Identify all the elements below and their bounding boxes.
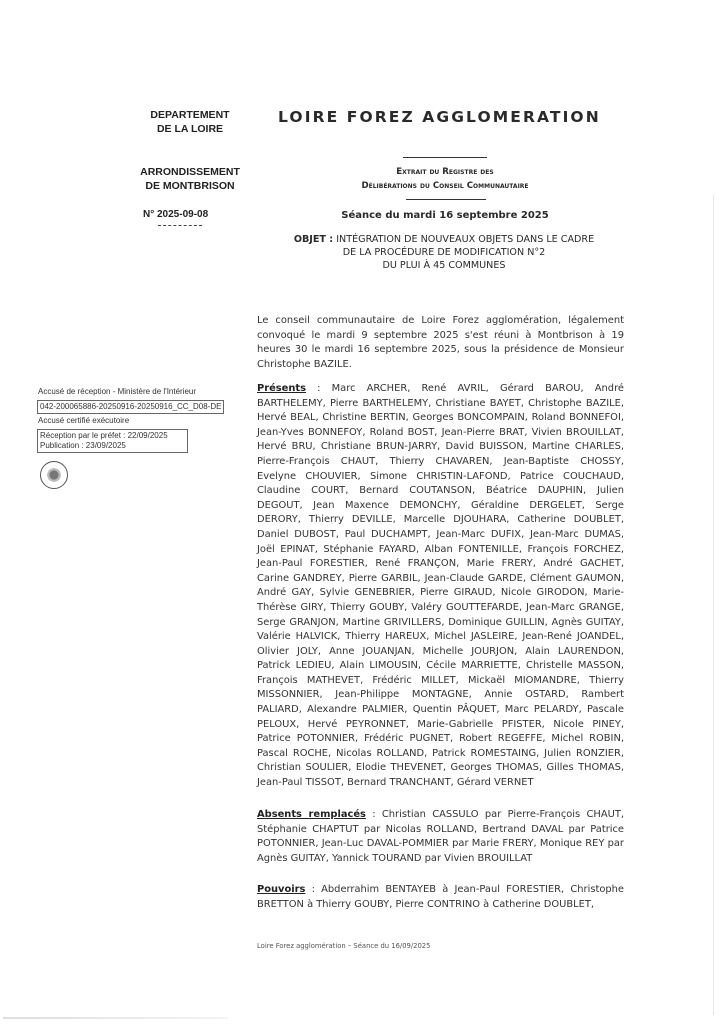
extrait-heading: Extrait du Registre des Délibérations du… (300, 165, 590, 193)
deliberation-number: N° 2025-09-08 (143, 209, 208, 220)
subject-line-2: DE LA PROCÉDURE DE MODIFICATION N°2 (268, 246, 620, 259)
republic-seal-icon (40, 461, 68, 489)
pouvoirs-paragraph: Pouvoirs : Abderrahim BENTAYEB à Jean-Pa… (257, 883, 624, 912)
number-underline (158, 225, 202, 226)
stamp-dates-box: Réception par le préfet : 22/09/2025 Pub… (37, 429, 188, 453)
arrondissement-label: ARRONDISSEMENT DE MONTBRISON (130, 165, 250, 193)
scan-edge-right (713, 195, 714, 1015)
divider-top (403, 157, 487, 158)
reception-date: Réception par le préfet : 22/09/2025 (40, 431, 185, 441)
session-date: Séance du mardi 16 septembre 2025 (300, 210, 590, 221)
absents-paragraph: Absents remplacés : Christian CASSULO pa… (257, 808, 624, 866)
department-line-1: DEPARTEMENT (140, 108, 240, 122)
subject-line-3: DU PLUI À 45 COMMUNES (268, 259, 620, 272)
absents-label: Absents remplacés (257, 809, 366, 820)
page-footer: Loire Forez agglomération – Séance du 16… (257, 942, 430, 950)
pouvoirs-label: Pouvoirs (257, 884, 305, 895)
pouvoirs-list: : Abderrahim BENTAYEB à Jean-Paul FOREST… (257, 884, 624, 910)
intro-paragraph: Le conseil communautaire de Loire Forez … (257, 314, 624, 372)
subject-label: OBJET : (294, 234, 333, 245)
subject-block: OBJET : INTÉGRATION DE NOUVEAUX OBJETS D… (268, 233, 620, 273)
extrait-line-2: Délibérations du Conseil Communautaire (300, 179, 590, 193)
presents-list: : Marc ARCHER, René AVRIL, Gérard BAROU,… (257, 383, 624, 788)
stamp-line-3: Accusé certifié exécutoire (38, 416, 129, 425)
publication-date: Publication : 23/09/2025 (40, 441, 185, 451)
subject-line-1: INTÉGRATION DE NOUVEAUX OBJETS DANS LE C… (336, 234, 594, 245)
presents-label: Présents (257, 383, 306, 394)
stamp-id-box: 042-200065886-20250916-20250916_CC_D08-D… (37, 400, 224, 414)
scan-edge-bottom (3, 1017, 228, 1019)
presents-paragraph: Présents : Marc ARCHER, René AVRIL, Géra… (257, 382, 624, 791)
department-label: DEPARTEMENT DE LA LOIRE (140, 108, 240, 136)
department-line-2: DE LA LOIRE (140, 122, 240, 136)
arrondissement-line-1: ARRONDISSEMENT (130, 165, 250, 179)
arrondissement-line-2: DE MONTBRISON (130, 179, 250, 193)
stamp-line-1: Accusé de réception - Ministère de l'Int… (38, 387, 196, 396)
divider-bottom (406, 199, 486, 200)
extrait-line-1: Extrait du Registre des (300, 165, 590, 179)
organization-title: LOIRE FOREZ AGGLOMERATION (278, 108, 601, 126)
